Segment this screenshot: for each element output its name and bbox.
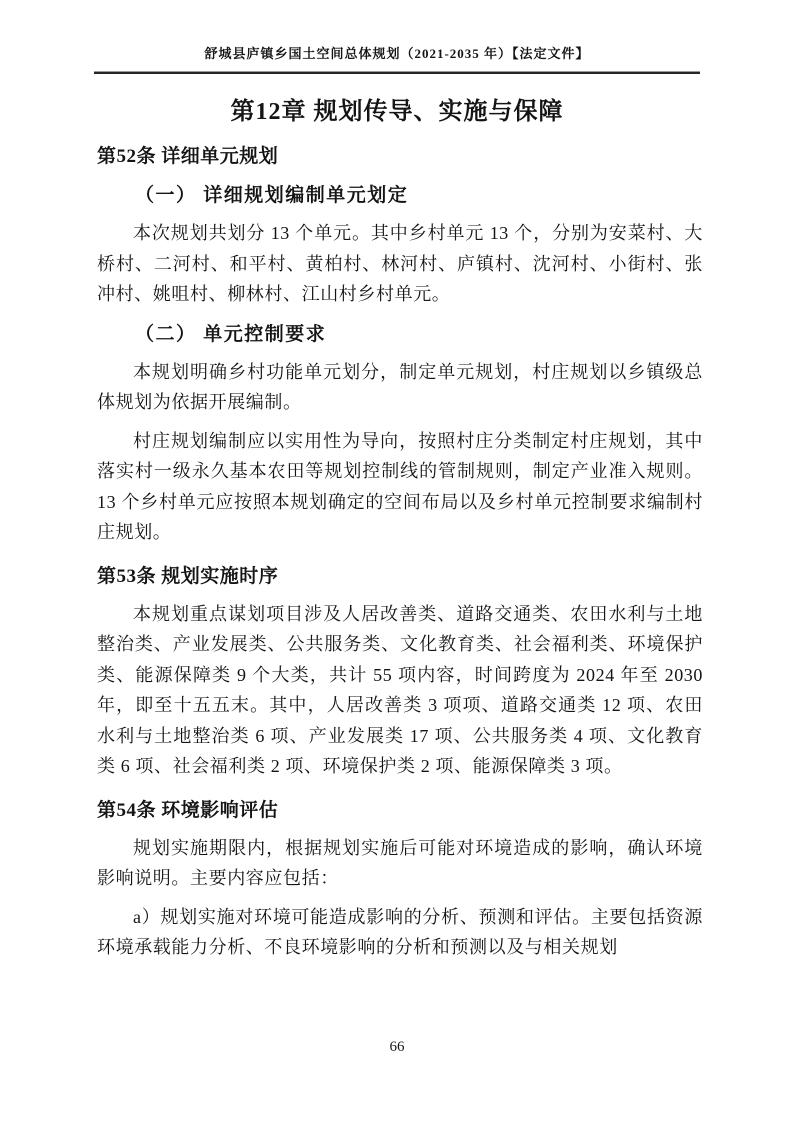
article-54-paragraph-2: a）规划实施对环境可能造成影响的分析、预测和评估。主要包括资源环境承载能力分析、… xyxy=(97,902,703,963)
header-divider xyxy=(94,71,700,74)
article-52-heading: 第52条 详细单元规划 xyxy=(97,143,703,171)
chapter-title: 第12章 规划传导、实施与保障 xyxy=(0,96,794,128)
article-53-heading: 第53条 规划实施时序 xyxy=(97,563,703,591)
article-52-paragraph-3: 村庄规划编制应以实用性为导向，按照村庄分类制定村庄规划，其中落实村一级永久基本农… xyxy=(97,426,703,548)
article-54-paragraph-1: 规划实施期限内，根据规划实施后可能对环境造成的影响，确认环境影响说明。主要内容应… xyxy=(97,833,703,894)
article-52-subheading-1: （一） 详细规划编制单元划定 xyxy=(97,181,703,210)
document-page: 舒城县庐镇乡国土空间总体规划（2021-2035 年）【法定文件】 第12章 规… xyxy=(0,0,794,1122)
document-body: 第52条 详细单元规划 （一） 详细规划编制单元划定 本次规划共划分 13 个单… xyxy=(97,143,703,963)
article-52-paragraph-1: 本次规划共划分 13 个单元。其中乡村单元 13 个，分别为安菜村、大桥村、二河… xyxy=(97,218,703,310)
article-52-subheading-2: （二） 单元控制要求 xyxy=(97,320,703,349)
article-52-paragraph-2: 本规划明确乡村功能单元划分，制定单元规划，村庄规划以乡镇级总体规划为依据开展编制… xyxy=(97,357,703,418)
article-53-paragraph-1: 本规划重点谋划项目涉及人居改善类、道路交通类、农田水利与土地整治类、产业发展类、… xyxy=(97,599,703,782)
page-number: 66 xyxy=(0,1039,794,1056)
article-54-heading: 第54条 环境影响评估 xyxy=(97,797,703,825)
page-header-title: 舒城县庐镇乡国土空间总体规划（2021-2035 年）【法定文件】 xyxy=(0,0,794,63)
